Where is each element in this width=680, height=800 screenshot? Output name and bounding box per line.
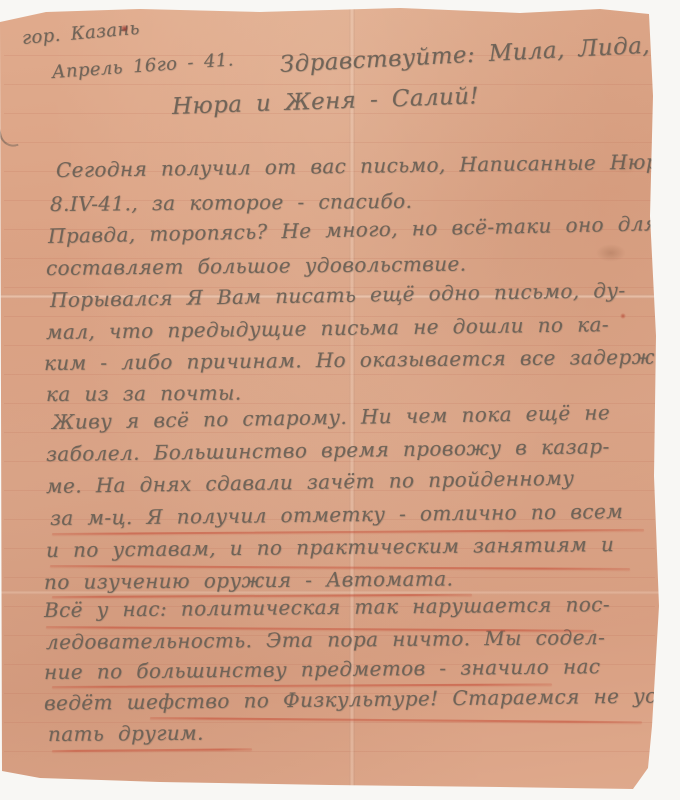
handwritten-line: пать другим. [48, 721, 204, 746]
handwritten-line: ка из за почты. [46, 381, 242, 406]
scanned-letter: гор. Казань Апрель 16го - 41. Здравствуй… [0, 0, 680, 800]
handwritten-line: составляет большое удовольствие. [46, 252, 467, 280]
red-dot-stain [620, 313, 626, 319]
handwritten-line: по изучению оружия - Автомата. [44, 566, 453, 594]
letter-paper: гор. Казань Апрель 16го - 41. Здравствуй… [0, 6, 663, 792]
red-ink-speck [121, 24, 128, 33]
brown-smudge-stain [596, 244, 626, 262]
handwritten-line: 8.IV-41., за которое - спасибо. [50, 189, 412, 216]
faint-stain [610, 156, 640, 174]
